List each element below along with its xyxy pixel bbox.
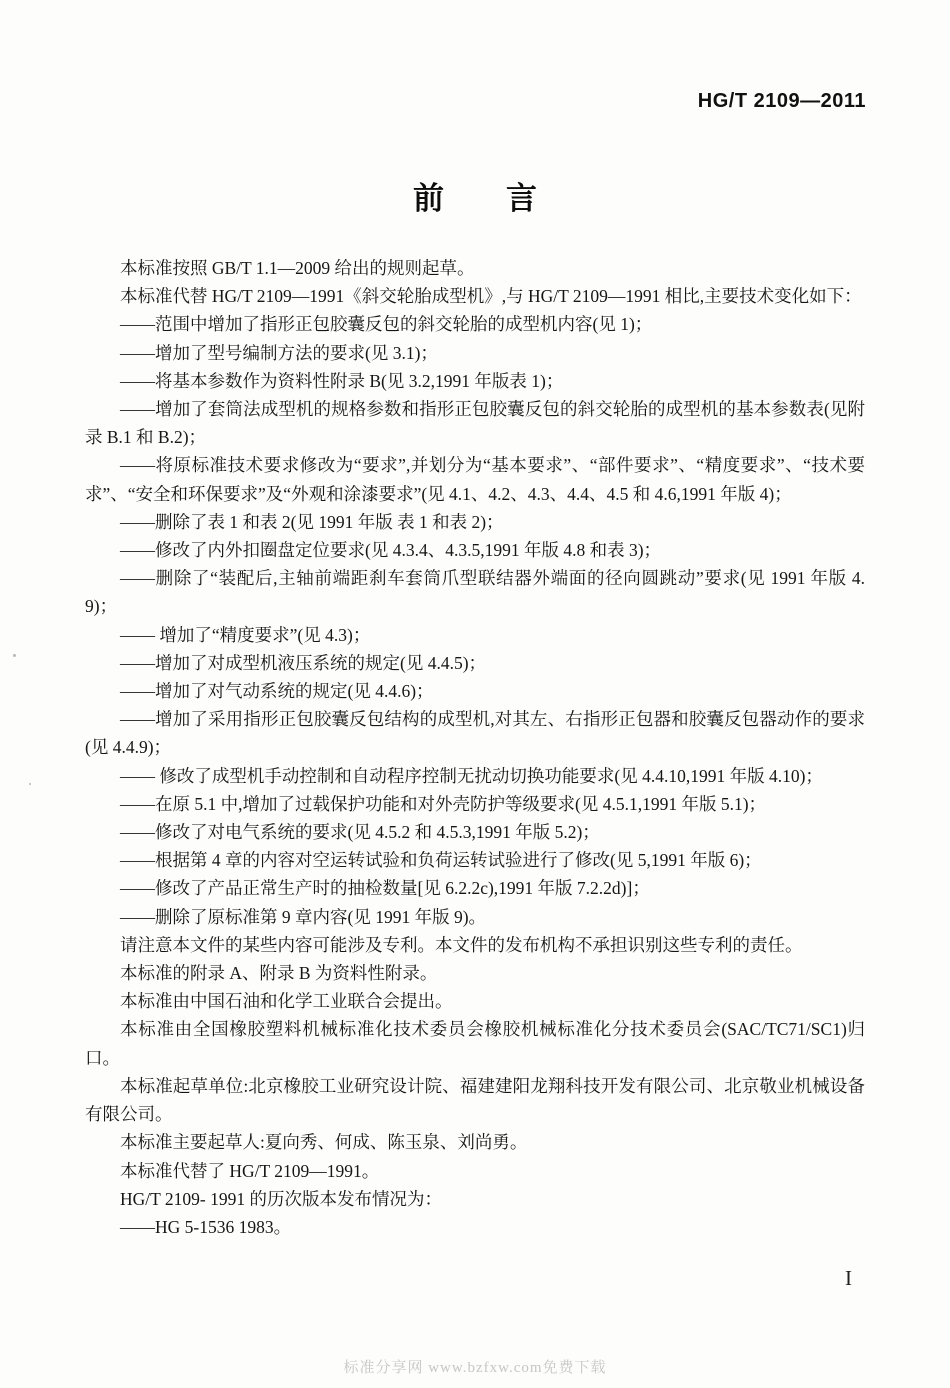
standard-number: HG/T 2109—2011 — [698, 90, 866, 113]
change-list-item: —— 增加了“精度要求”(见 4.3)； — [85, 621, 865, 649]
change-list-item: ——删除了原标准第 9 章内容(见 1991 年版 9)。 — [85, 903, 865, 931]
change-list-item: —— 修改了成型机手动控制和自动程序控制无扰动切换功能要求(见 4.4.10,1… — [85, 762, 865, 790]
change-list-item: ——增加了对成型机液压系统的规定(见 4.4.5)； — [85, 649, 865, 677]
change-list-item: ——修改了产品正常生产时的抽检数量[见 6.2.2c),1991 年版 7.2.… — [85, 874, 865, 902]
paragraph: 本标准的附录 A、附录 B 为资料性附录。 — [85, 959, 865, 987]
change-list-item: ——增加了型号编制方法的要求(见 3.1)； — [85, 339, 865, 367]
page-number: I — [845, 1266, 852, 1291]
scan-speck — [29, 783, 31, 785]
change-list-item: ——在原 5.1 中,增加了过载保护功能和对外壳防护等级要求(见 4.5.1,1… — [85, 790, 865, 818]
scan-speck — [13, 654, 16, 657]
change-list-item: ——范围中增加了指形正包胶囊反包的斜交轮胎的成型机内容(见 1)； — [85, 310, 865, 338]
document-body: 本标准按照 GB/T 1.1—2009 给出的规则起草。本标准代替 HG/T 2… — [85, 254, 865, 1241]
change-list-item: ——增加了采用指形正包胶囊反包结构的成型机,对其左、右指形正包器和胶囊反包器动作… — [85, 705, 865, 761]
paragraph: 本标准代替了 HG/T 2109—1991。 — [85, 1157, 865, 1185]
paragraph: 请注意本文件的某些内容可能涉及专利。本文件的发布机构不承担识别这些专利的责任。 — [85, 931, 865, 959]
change-list-item: ——修改了对电气系统的要求(见 4.5.2 和 4.5.3,1991 年版 5.… — [85, 818, 865, 846]
paragraph: 本标准起草单位:北京橡胶工业研究设计院、福建建阳龙翔科技开发有限公司、北京敬业机… — [85, 1072, 865, 1128]
change-list-item: ——删除了表 1 和表 2(见 1991 年版 表 1 和表 2)； — [85, 508, 865, 536]
change-list-item: ——将基本参数作为资料性附录 B(见 3.2,1991 年版表 1)； — [85, 367, 865, 395]
change-list-item: ——将原标准技术要求修改为“要求”,并划分为“基本要求”、“部件要求”、“精度要… — [85, 451, 865, 507]
watermark-text: 标准分享网 www.bzfxw.com免费下载 — [0, 1356, 950, 1377]
paragraph: 本标准主要起草人:夏向秀、何成、陈玉泉、刘尚勇。 — [85, 1128, 865, 1156]
change-list-item: ——HG 5-1536 1983。 — [85, 1213, 865, 1241]
paragraph: HG/T 2109- 1991 的历次版本发布情况为： — [85, 1185, 865, 1213]
page-title: 前 言 — [0, 173, 950, 218]
change-list-item: ——删除了“装配后,主轴前端距刹车套筒爪型联结器外端面的径向圆跳动”要求(见 1… — [85, 564, 865, 620]
change-list-item: ——增加了套筒法成型机的规格参数和指形正包胶囊反包的斜交轮胎的成型机的基本参数表… — [85, 395, 865, 451]
standard-document-page: HG/T 2109—2011 前 言 本标准按照 GB/T 1.1—2009 给… — [0, 0, 950, 1388]
change-list-item: ——根据第 4 章的内容对空运转试验和负荷运转试验进行了修改(见 5,1991 … — [85, 846, 865, 874]
change-list-item: ——修改了内外扣圈盘定位要求(见 4.3.4、4.3.5,1991 年版 4.8… — [85, 536, 865, 564]
paragraph: 本标准由全国橡胶塑料机械标准化技术委员会橡胶机械标准化分技术委员会(SAC/TC… — [85, 1015, 865, 1071]
paragraph: 本标准代替 HG/T 2109—1991《斜交轮胎成型机》,与 HG/T 210… — [85, 282, 865, 310]
change-list-item: ——增加了对气动系统的规定(见 4.4.6)； — [85, 677, 865, 705]
paragraph: 本标准由中国石油和化学工业联合会提出。 — [85, 987, 865, 1015]
paragraph: 本标准按照 GB/T 1.1—2009 给出的规则起草。 — [85, 254, 865, 282]
